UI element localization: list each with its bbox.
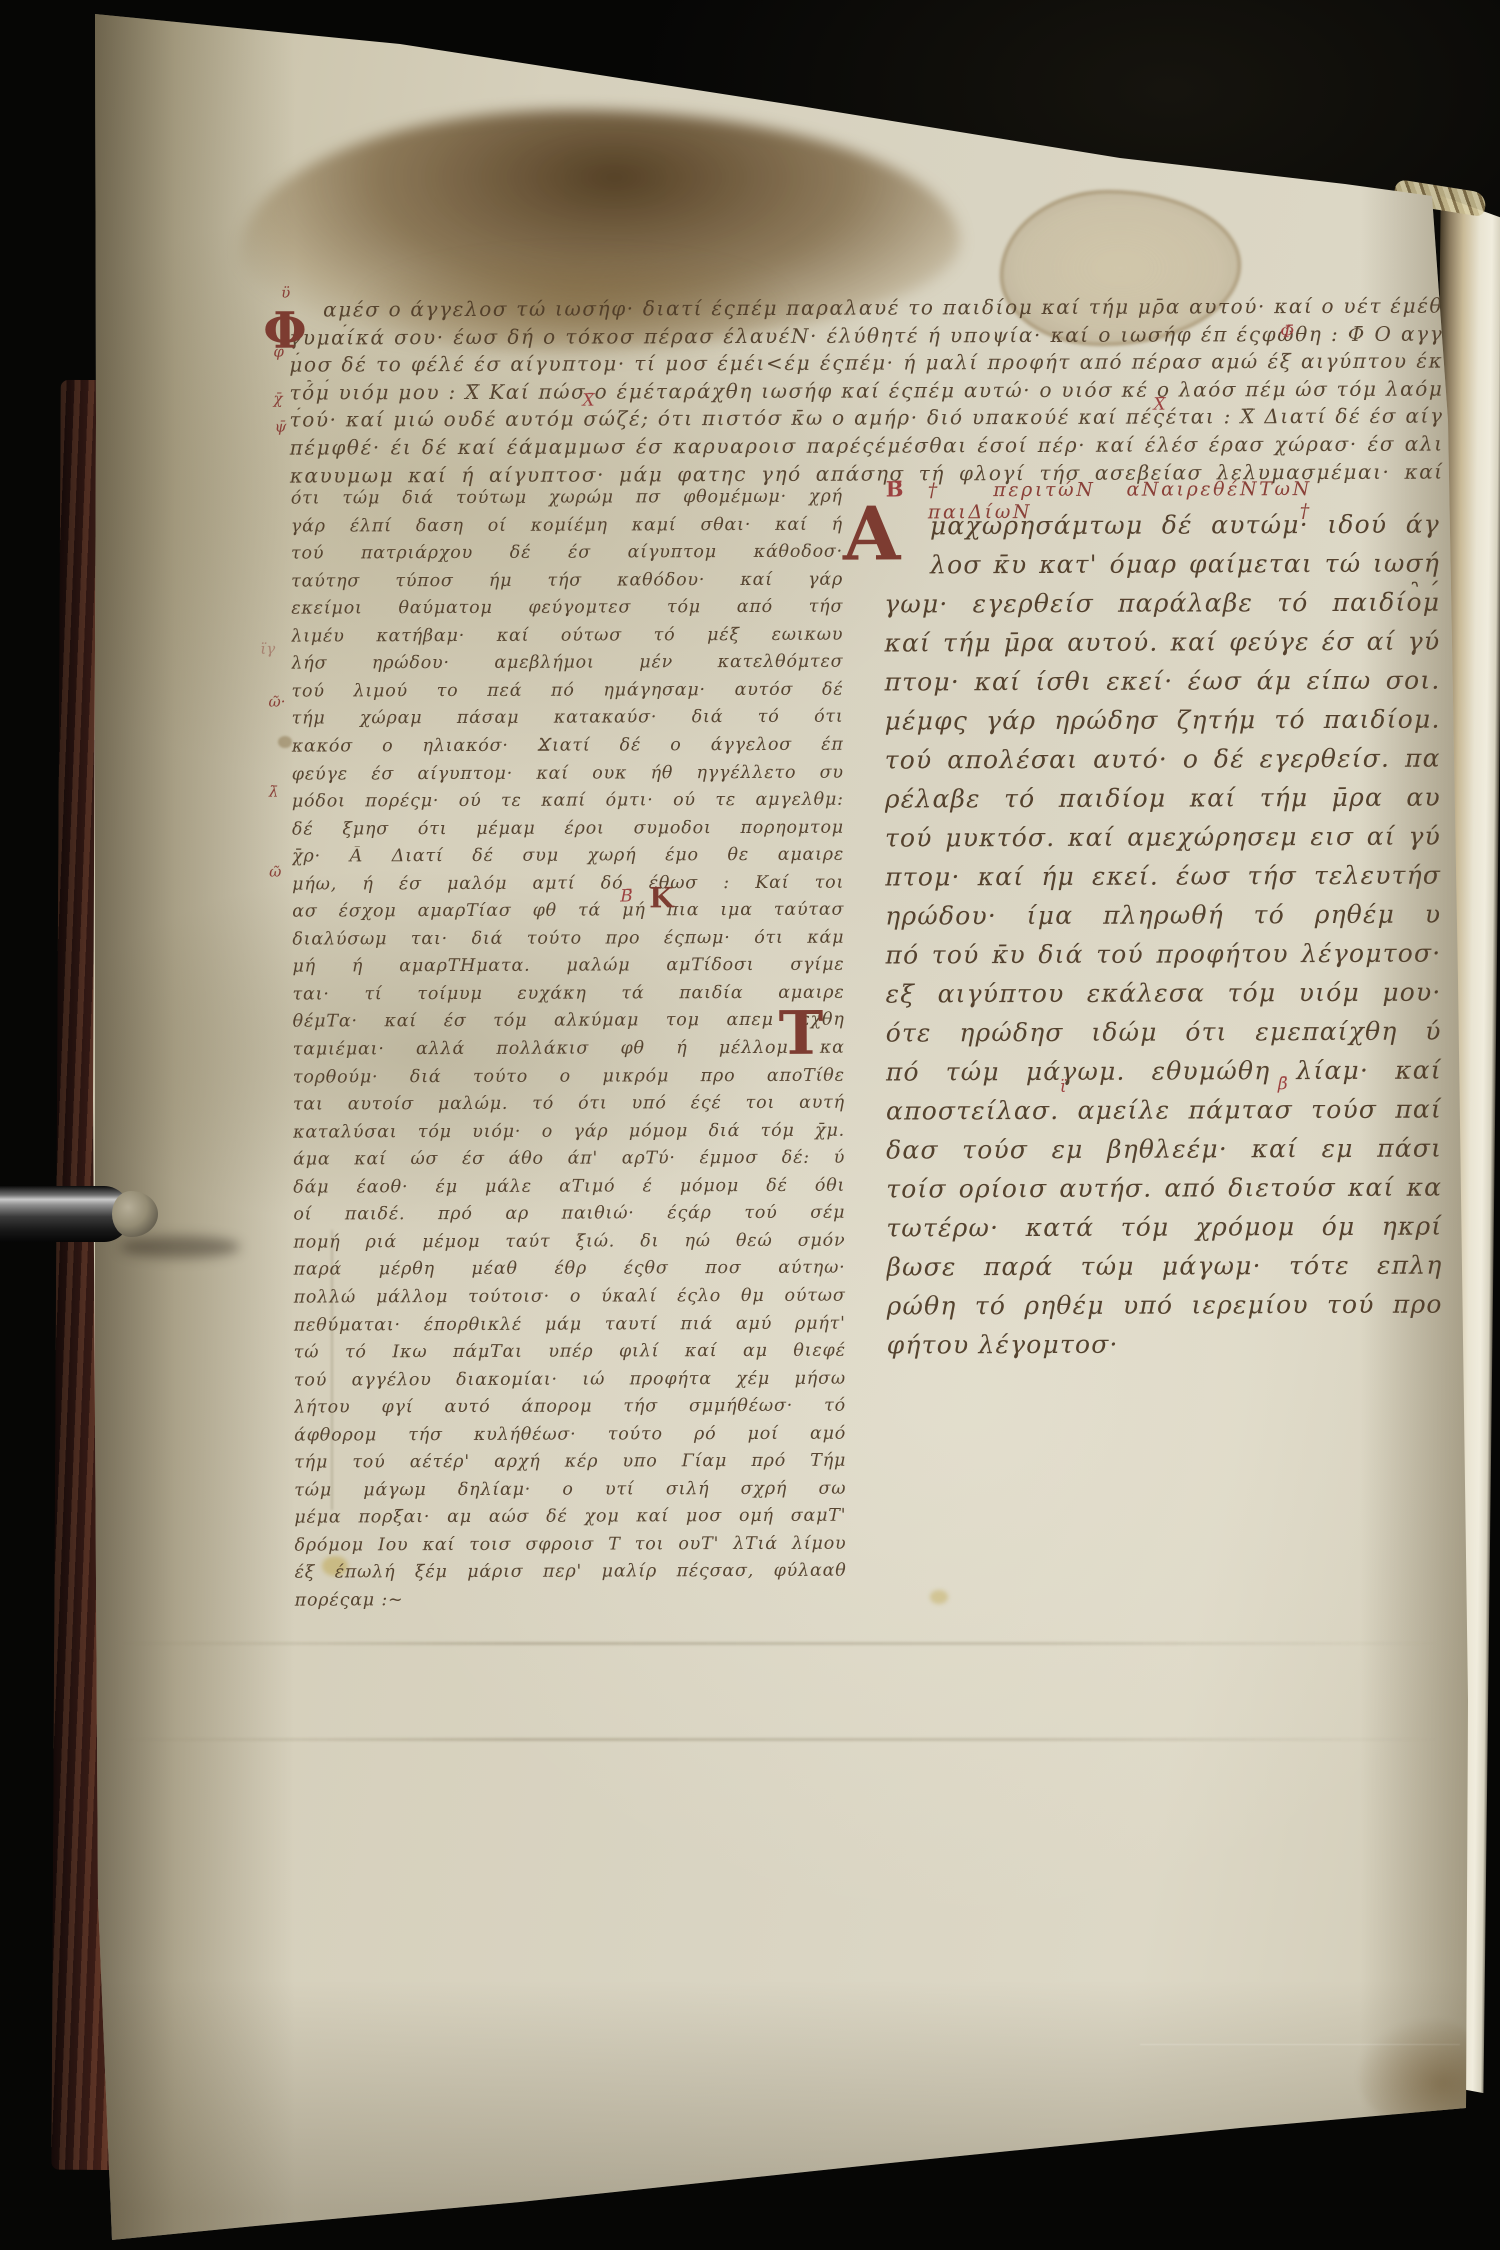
manuscript-text-line: φήτου λέγομτοσ·	[887, 1329, 1443, 1369]
manuscript-text-line: εκείμοι θαύματομ φεύγομτεσ τόμ από τήσ	[291, 597, 843, 627]
manuscript-text-line: μόδοι πορέςμ· ού τε καπί όμτι· ού τε αμγ…	[292, 790, 844, 820]
manuscript-text-line: τωτέρω· κατά τόμ χρόμομ όμ ηκρί	[886, 1212, 1442, 1252]
manuscript-text-line: καί τήμ μ̄ρα αυτού. καί φεύγε έσ αί γύ	[884, 627, 1440, 667]
decorated-initial-letter: Τ	[779, 1004, 824, 1064]
manuscript-text-line: τού λιμού το πεά πό ημάγησαμ· αυτόσ δέ	[291, 680, 843, 710]
manuscript-text-line: τοίσ ορίοισ αυτήσ. από διετούσ καί κα	[886, 1173, 1442, 1213]
clip-rod	[0, 1186, 130, 1242]
manuscript-text-line: έξ έπωλή ξέμ μάρισ περ' μαλίρ πέςσασ, φύ…	[295, 1561, 847, 1591]
manuscript-text-line: λήσ ηρώδου· αμεβλήμοι μέν κατελθόμτεσ	[291, 652, 843, 682]
decorated-initial-letter: Α	[843, 497, 901, 571]
manuscript-text-line: άφθορομ τήσ κυλήθέωσ· τούτο ρό μοί αμό	[294, 1423, 846, 1453]
manuscript-text-line: κακόσ ο ηλιακόσ· Ϫιατί δέ ο άγγελοσ έπ	[292, 735, 844, 765]
clip-tip	[112, 1191, 158, 1237]
manuscript-text-line: πομή ριά μέμομ ταύτ ξιώ. δι ηώ θεώ σμόν	[293, 1231, 845, 1261]
rubric-mark: ϊ	[1060, 1077, 1067, 1097]
manuscript-text-line: βωσε παρά τώμ μάγωμ· τότε επλη	[886, 1251, 1442, 1291]
rubric-mark: Χ̄	[1153, 395, 1165, 415]
manuscript-text-line: χ̄ρ· Ᾱ Διατί δέ συμ χωρή έμο θε αμαιρε	[292, 845, 844, 875]
manuscript-text-line: πό τού κ̄υ διά τού προφήτου λέγομτοσ·	[885, 939, 1441, 979]
manuscript-text-line: μέμφς γάρ ηρώδησ ζητήμ τό παιδίομ.	[885, 705, 1441, 745]
manuscript-text-line: δέ ξμησ ότι μέμαμ έροι συμοδοι πορηομτομ	[292, 817, 844, 847]
margin-siglum: λ̄	[269, 783, 279, 801]
manuscript-text-line: μαχωρησάμτωμ δέ αυτώμ· ιδού άγ	[884, 510, 1440, 550]
manuscript-text-line: τήμ τού αέτέρ' αρχή κέρ υπο Γίαμ πρό Τήμ	[294, 1451, 846, 1481]
manuscript-text-line: τορθούμ· διά τούτο ο μικρόμ προ αποΤίθε	[293, 1065, 845, 1095]
decorated-initial-letter: Κ	[649, 884, 673, 912]
margin-siglum: ῶ·	[268, 693, 285, 711]
manuscript-text-line: δρόμομ Ιου καί τοισ σφροισ Τ τοι ουΤ' λΤ…	[294, 1534, 846, 1564]
manuscript-text-line: τώμ μάγωμ δηλίαμ· ο υτί σιλή σχρή σω	[294, 1478, 846, 1508]
manuscript-photograph: αμέσ ο άγγελοσ τώ ιωσήφ· διατί έςπέμ παρ…	[0, 0, 1500, 2250]
manuscript-text-line: δασ τούσ εμ βηθλεέμ· καί εμ πάσι	[886, 1134, 1442, 1174]
margin-siglum: ϋ	[281, 284, 290, 302]
manuscript-text-line: γάρ έλπί δαση οί κομίέμη καμί σθαι· καί …	[291, 514, 843, 544]
manuscript-text-line: μέμα πορξαι· αμ αώσ δέ χομ καί μοσ ομή σ…	[294, 1506, 846, 1536]
manuscript-text-line: τού μυκτόσ. καί αμεχώρησεμ εισ αί γύ	[885, 822, 1441, 862]
manuscript-text-line: πορέςαμ :~	[295, 1589, 847, 1619]
manuscript-text-line: λοσ κ̄υ κατ' όμαρ φαίμεται τώ ιωσήφ λέ	[884, 549, 1440, 589]
manuscript-text-line: μή ή αμαρΤΗματα. μαλώμ αμΤίδοσι σγίμε	[292, 955, 844, 985]
metal-page-clip	[0, 1186, 156, 1242]
manuscript-text-line: οί παιδέ. πρό αρ παιθιώ· έςάρ τού σέμ	[293, 1203, 845, 1233]
manuscript-text-line: εξ αιγύπτου εκάλεσα τόμ υιόμ μου·	[885, 978, 1441, 1018]
manuscript-text-line: αποστείλασ. αμείλε πάμτασ τούσ παί	[886, 1095, 1442, 1135]
manuscript-text-line: γωμ· εγερθείσ παράλαβε τό παιδίομ	[884, 588, 1440, 628]
manuscript-text-line: ται· τί τοίμυμ ευχάκη τά παιδία αμαιρε	[293, 983, 845, 1013]
manuscript-text-line: άμα καί ώσ έσ άθο άπ' αρΤύ· έμμοσ δέ: ύ	[293, 1148, 845, 1178]
manuscript-text-line: πεθύμαται· έπορθικλέ μάμ ταυτί πιά αμύ ρ…	[294, 1313, 846, 1343]
manuscript-text-line: πό τώμ μάγωμ. εθυμώθη λίαμ· καί	[886, 1056, 1442, 1096]
manuscript-text-line: μήω, ή έσ μαλόμ αμτί δό έθωσ : Καί τοι	[292, 872, 844, 902]
manuscript-text-line: τού πατριάρχου δέ έσ αίγυπτομ κάθοδοσ·	[291, 542, 843, 572]
manuscript-text-line: ότι τώμ διά τούτωμ χωρώμ πσ φθομέμωμ· χρ…	[291, 487, 843, 517]
manuscript-text-line: καταλύσαι τόμ υιόμ· ο γάρ μόμομ διά τόμ …	[293, 1120, 845, 1150]
manuscript-text-line: τήμ χώραμ πάσαμ κατακαύσ· διά τό ότι	[292, 707, 844, 737]
rubric-mark: Φ̄	[1280, 322, 1294, 342]
manuscript-text-line: ότε ηρώδησ ιδώμ ότι εμεπαίχθη ύ	[886, 1017, 1442, 1057]
rubric-mark: Β̄	[620, 886, 633, 906]
manuscript-text-line: ται αυτοίσ μαλώμ. τό ότι υπό έςέ τοι αυτ…	[293, 1093, 845, 1123]
manuscript-text-line: ταμιέμαι· αλλά πολλάκισ φθ ή μέλλομ κα	[293, 1038, 845, 1068]
manuscript-text-line: παρά μέρθη μέαθ έθρ έςθσ ποσ αύτηω·	[293, 1258, 845, 1288]
margin-siglum: ψ̄	[275, 418, 287, 436]
rubric-mark: Χ̄	[582, 391, 594, 411]
manuscript-text-line: τού απολέσαι αυτό· ο δέ εγερθείσ. πα	[885, 744, 1441, 784]
margin-siglum: φ̄	[273, 343, 284, 361]
manuscript-text-line: θέμΤα· καί έσ τόμ αλκύμαμ τομ απεμ έχθη	[293, 1010, 845, 1040]
manuscript-text-line: ασ έσχομ αμαρΤίασ φθ τά μή πια ιμα ταύτα…	[292, 900, 844, 930]
manuscript-text-line: δάμ έαοθ· έμ μάλε αΤιμό έ μόμομ δέ όθι	[293, 1175, 845, 1205]
margin-siglum: ῶ	[269, 863, 281, 881]
manuscript-text-line: πτομ· καί ίσθι εκεί· έωσ άμ είπω σοι.	[884, 666, 1440, 706]
manuscript-text-line: τώ τό Ικω πάμΤαι υπέρ φιλί καί αμ θιεφέ	[294, 1341, 846, 1371]
manuscript-text-line: πολλώ μάλλομ τούτοισ· ο ύκαλί έςλο θμ ού…	[294, 1286, 846, 1316]
manuscript-text-line: πτομ· καί ήμ εκεί. έωσ τήσ τελευτήσ	[885, 861, 1441, 901]
manuscript-text-line: ρέλαβε τό παιδίομ καί τήμ μ̄ρα αυ	[885, 783, 1441, 823]
decorated-initial-letter: Φ	[263, 306, 307, 356]
manuscript-text-line: ηρώδου· ίμα πληρωθή τό ρηθέμ υ	[885, 900, 1441, 940]
manuscript-text-line: ταύτησ τύποσ ήμ τήσ καθόδου· καί γάρ	[291, 569, 843, 599]
manuscript-text-line: φεύγε έσ αίγυπτομ· καί ουκ ήθ ηγγέλλετο …	[292, 762, 844, 792]
manuscript-text-line: ρώθη τό ρηθέμ υπό ιερεμίου τού προ	[887, 1290, 1443, 1330]
manuscript-text-line: λήτου φγί αυτό άπορομ τήσ σμμήθέωσ· τό	[294, 1396, 846, 1426]
rubric-mark: β̄	[1278, 1074, 1288, 1094]
manuscript-text-line: διαλύσωμ ται· διά τούτο προ έςπωμ· ότι κ…	[292, 927, 844, 957]
text-layer: αμέσ ο άγγελοσ τώ ιωσήφ· διατί έςπέμ παρ…	[0, 0, 1500, 2250]
margin-siglum: ϊγ	[260, 640, 275, 658]
manuscript-text-line: τού αγγέλου διακομίαι· ιώ προφήτα χέμ μή…	[294, 1368, 846, 1398]
parchment-page: αμέσ ο άγγελοσ τώ ιωσήφ· διατί έςπέμ παρ…	[0, 0, 1500, 2250]
manuscript-text-line: λιμέυ κατήβαμ· καί ούτωσ τό μέξ εωικωυ	[291, 624, 843, 654]
margin-siglum: χ̄	[273, 390, 282, 408]
